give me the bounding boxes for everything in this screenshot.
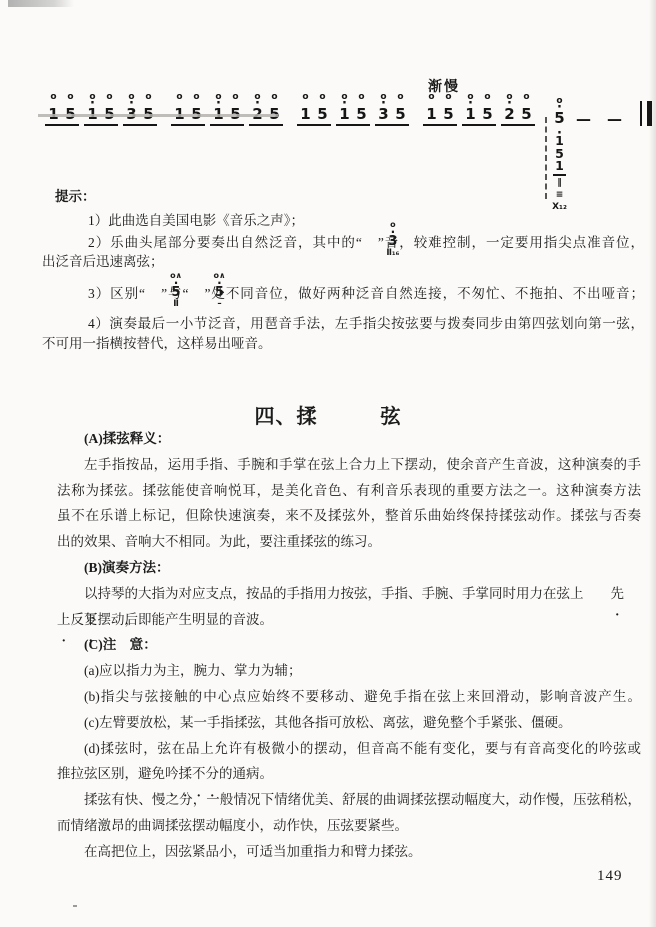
note-item-d: (d)揉弦时，弦在品上允许有极微小的摆动，但音高不能有变化，要与有音高变化的吟弦…: [57, 736, 641, 762]
jianpu-note: o 1: [423, 93, 440, 122]
jianpu-note: o·1: [336, 93, 353, 122]
note-item-d-cont: 推拉弦区别，避免吟揉不分的通病。: [57, 761, 641, 787]
subsection-c-heading: (C)注 意：: [57, 632, 641, 658]
text-line: 法称为揉弦。揉弦能使音响悦耳，是美化音色、有利音乐表现的重要方法之一。这种演奏方…: [57, 478, 641, 504]
text-line: 左手指按品，运用手指、手腕和手掌在弦上合力上下摆动，使余音产生音波，这种演奏的手: [57, 452, 641, 478]
text-segment: 以持琴的大指为对应支点，按品的手指用力按弦，手指、手腕、手掌同时用力在弦上: [84, 586, 584, 601]
subsection-b-heading: (B)演奏方法：: [57, 555, 641, 581]
jianpu-note: o·2: [501, 93, 518, 122]
score-measure: o 1o 5o·1o 5o·3o 5: [45, 93, 162, 126]
music-score: 渐慢 o 1o 5o·1o 5o·3o 5o 1o 5o·1o 5o·2o 5o…: [45, 76, 630, 126]
subsection-a-heading: (A)揉弦释义：: [57, 426, 641, 452]
jianpu-note: o 5: [353, 93, 370, 122]
tip-item-3: 3）区别“o∧·5Ⅱ”与“o∧·5–”处不同音位，做好两种泛音自然连接，不匆忙、…: [42, 283, 644, 304]
score-line: o 1o 5o·1o 5o·3o 5o 1o 5o·1o 5o·2o 5o 1o…: [45, 93, 630, 126]
jianpu-note: o·1: [210, 93, 227, 122]
jianpu-note: o 5: [140, 93, 157, 122]
tip3-text-post: ”处不同音位，做好两种泛音自然连接，不匆忙、不拖拍、不出哑音；: [204, 286, 644, 301]
note-item-c: (c)左臂要放松，某一手指揉弦，其他各指可放松、离弦，避免整个手紧张、僵硬。: [57, 710, 641, 736]
scan-smudge: [8, 0, 74, 7]
tips-title: 提示：: [42, 186, 644, 207]
text-segment: 的通病。: [219, 766, 273, 781]
scan-speck: [73, 905, 77, 907]
tip2-text-pre: 2）乐曲头尾部分要奏出自然泛音，其中的“: [88, 235, 362, 250]
jianpu-note: o 5: [227, 93, 244, 122]
inline-notation-5a: o∧·5Ⅱ: [145, 287, 161, 300]
jianpu-note: o 5: [266, 93, 283, 122]
section-content: (A)揉弦释义： 左手指按品，运用手指、手腕和手掌在弦上合力上下摆动，使余音产生…: [57, 426, 641, 865]
text-line: 揉弦有快、慢之分，一般情况下情绪优美、舒展的曲调揉弦摆动幅度大，动作慢，压弦稍松…: [57, 787, 641, 813]
tip-item-4: 4）演奏最后一小节泛音，用琶音手法，左手指尖按弦要与拨奏同步由第四弦划向第一弦，: [42, 313, 644, 334]
jianpu-note: o 5: [101, 93, 118, 122]
emphasized-text: 吟揉不分: [165, 766, 219, 781]
jianpu-note: o·2: [249, 93, 266, 122]
jianpu-note: o 5: [314, 93, 331, 122]
final-measure: o·5——151‖≡X₁₂: [551, 97, 652, 126]
text-line: 虽不在乐谱上标记，但除快速演奏，来不及揉弦外，整首乐曲始终保持揉弦动作。揉弦与否…: [57, 503, 641, 529]
jianpu-note: o·3: [123, 93, 140, 122]
score-measure: o 1o 5o·1o 5o·3o 5: [297, 93, 414, 126]
jianpu-note: o 1: [297, 93, 314, 122]
tip-item-1: 1）此曲选自美国电影《音乐之声》；: [42, 210, 644, 231]
chord-note: 1: [553, 160, 566, 176]
page-number: 149: [597, 868, 623, 885]
note-item-a: (a)应以指力为主，腕力、掌力为辅；: [57, 658, 641, 684]
inline-notation-3: o·3Ⅱ₁₆: [362, 236, 378, 249]
final-double-barline: [640, 101, 652, 126]
jianpu-note: o·1: [462, 93, 479, 122]
jianpu-note: o 5: [188, 93, 205, 122]
section-heading: 四、揉 弦: [0, 400, 656, 429]
note-item-b: (b)指尖与弦接触的中心点应始终不要移动、避免手指在弦上来回滑动，影响音波产生。: [57, 684, 641, 710]
inline-notation-5b: o∧·5–: [188, 287, 204, 300]
jianpu-note: o 1: [45, 93, 62, 122]
text-segment: 推拉弦区别，避免: [57, 766, 165, 781]
text-line: 上反复摆动，即能产生明显的音波。: [57, 607, 641, 633]
tip-item-2: 2）乐曲头尾部分要奏出自然泛音，其中的“o·3Ⅱ₁₆”音，较难控制，一定要用指尖…: [42, 232, 644, 253]
tip-item-4-cont: 不可用一指横按替代，这样易出哑音。: [42, 333, 644, 354]
jianpu-note: o 5: [479, 93, 496, 122]
jianpu-note: o·1: [84, 93, 101, 122]
text-line: 在高把位上，因弦紧品小，可适当加重指力和臂力揉弦。: [57, 839, 641, 865]
emphasized-text: 上: [57, 612, 71, 627]
text-line: 而情绪激昂的曲调揉弦摆动幅度小，动作快，压弦要紧些。: [57, 813, 641, 839]
jianpu-note: o 1: [171, 93, 188, 122]
scan-edge-shadow: [649, 0, 656, 927]
scan-scratch-line: [38, 114, 278, 117]
text-line: 出的效果、音响大不相同。为此，要注重揉弦的练习。: [57, 529, 641, 555]
jianpu-note: o 5: [518, 93, 535, 122]
text-line: 以持琴的大指为对应支点，按品的手指用力按弦，手指、手腕、手掌同时用力在弦上先下后: [57, 581, 641, 607]
score-measure: o 1o 5o·1o 5o·2o 5: [171, 93, 288, 126]
jianpu-note: o 5: [392, 93, 409, 122]
jianpu-note: o 5: [440, 93, 457, 122]
tips-block: 提示： 1）此曲选自美国电影《音乐之声》； 2）乐曲头尾部分要奏出自然泛音，其中…: [42, 186, 644, 354]
jianpu-note: o·5: [551, 97, 568, 126]
score-measure: o 1o 5o·1o 5o·2o 5: [423, 93, 540, 126]
jianpu-note: o 5: [62, 93, 79, 122]
tip2-text-post: ”音，较难控制，一定要用指尖点准音位，: [378, 235, 644, 250]
jianpu-note: o·3: [375, 93, 392, 122]
